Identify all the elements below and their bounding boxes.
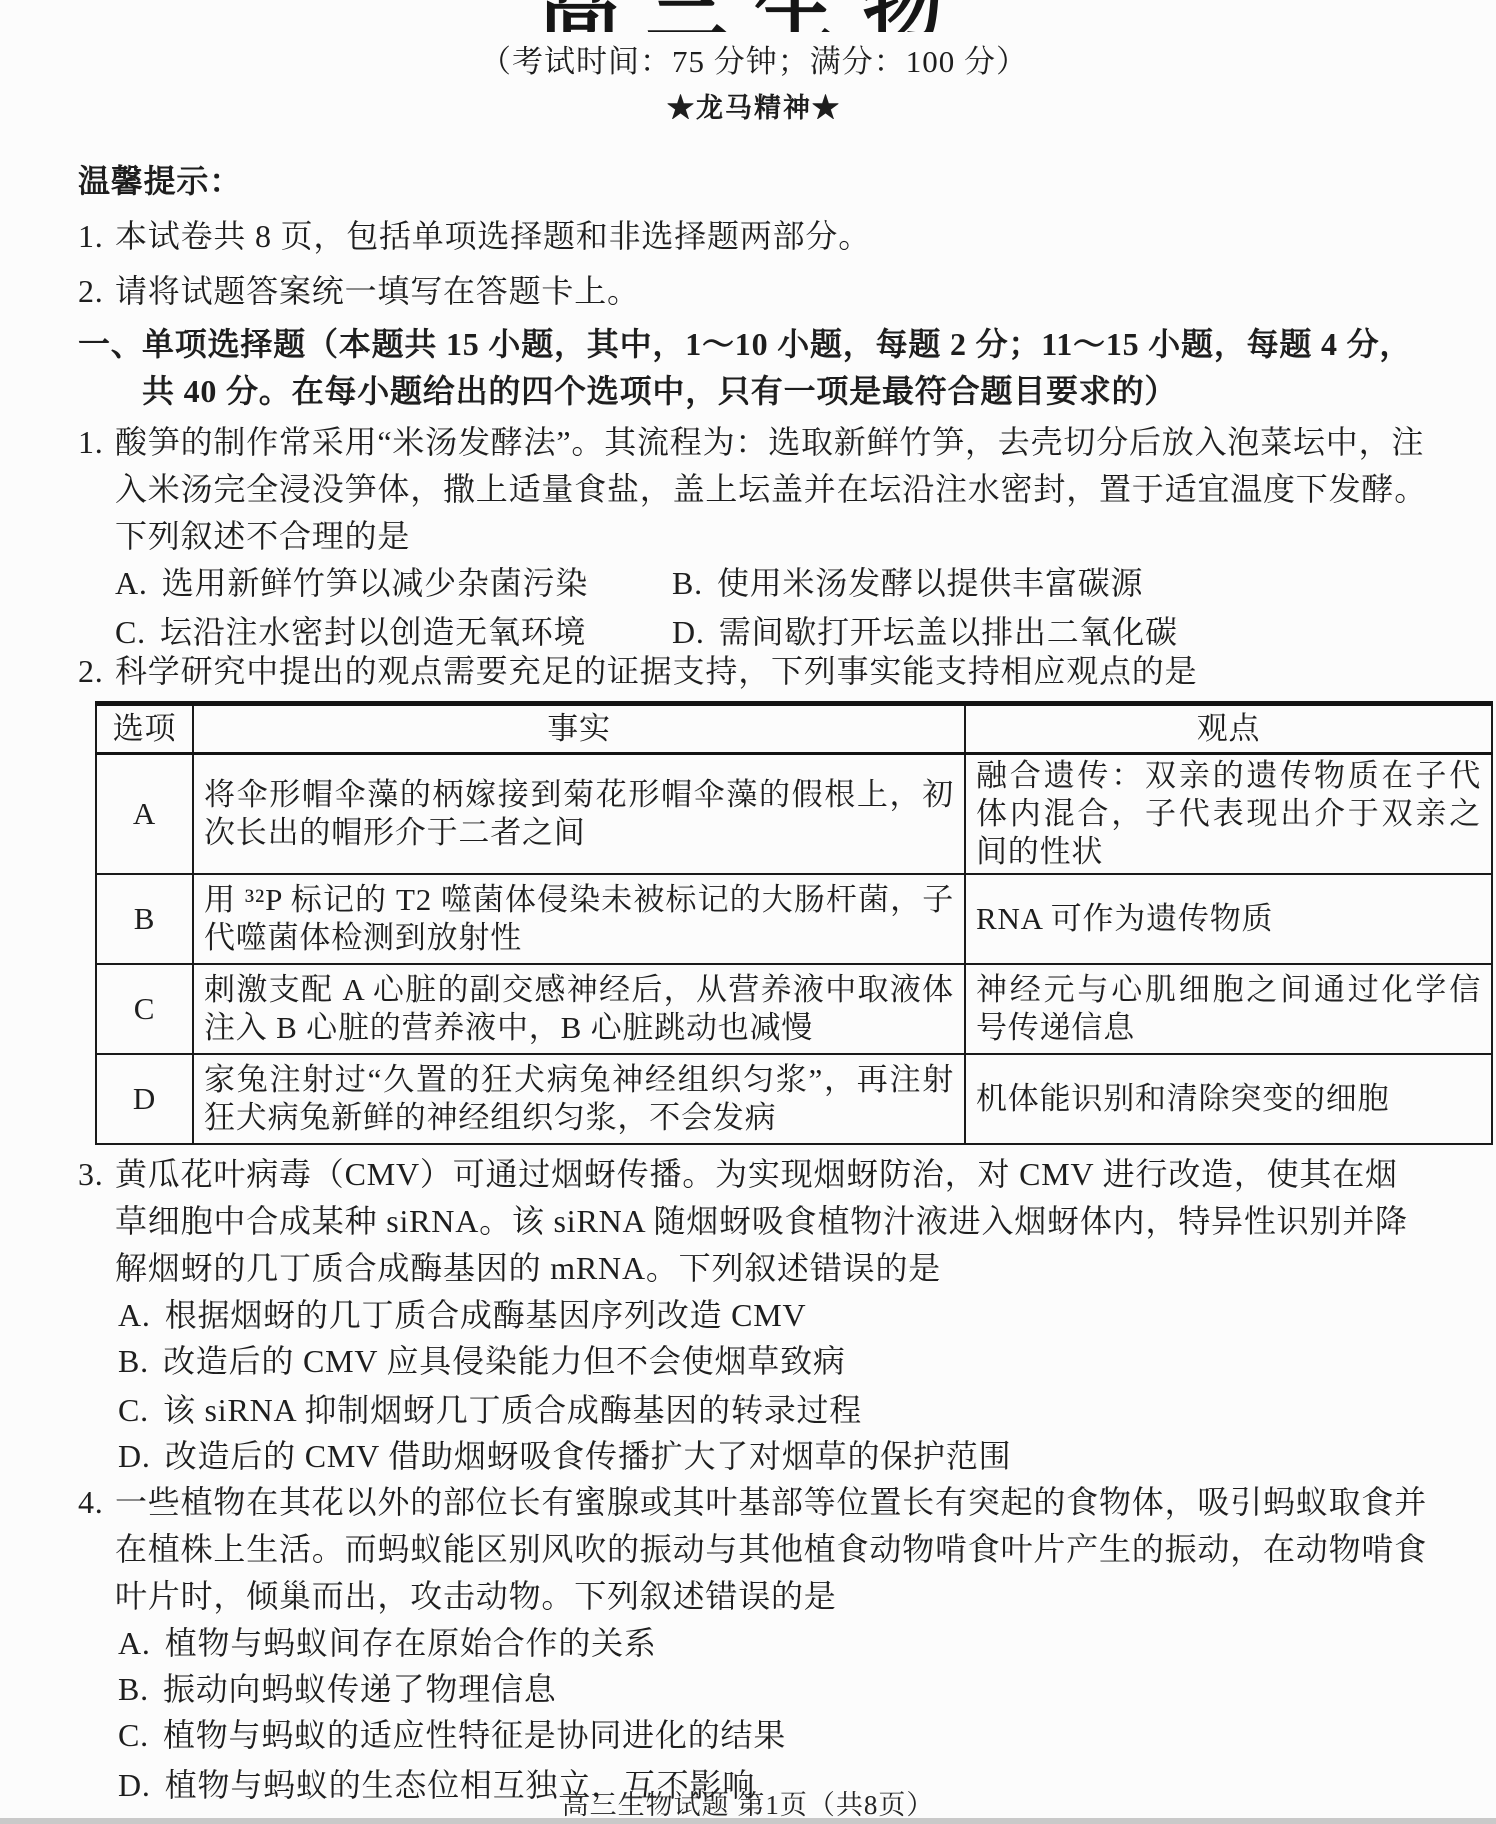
option-3A-text: 根据烟蚜的几丁质合成酶基因序列改造 CMV bbox=[165, 1297, 807, 1333]
exam-time-score-line: （考试时间：75 分钟；满分：100 分） bbox=[78, 42, 1430, 82]
table-header-option: 选项 bbox=[96, 704, 193, 754]
table-header-row: 选项 事实 观点 bbox=[96, 704, 1492, 754]
scan-edge-strip bbox=[0, 1818, 1496, 1824]
option-4A-text: 植物与蚂蚁间存在原始合作的关系 bbox=[165, 1625, 657, 1661]
question-4: 4. 一些植物在其花以外的部位长有蜜腺或其叶基部等位置长有突起的食物体，吸引蚂蚁… bbox=[78, 1479, 1430, 1620]
option-3D: D.改造后的 CMV 借助烟蚜吸食传播扩大了对烟草的保护范围 bbox=[118, 1433, 1430, 1479]
option-4B-text: 振动向蚂蚁传递了物理信息 bbox=[163, 1671, 557, 1707]
question-4-stem: 一些植物在其花以外的部位长有蜜腺或其叶基部等位置长有突起的食物体，吸引蚂蚁取食并… bbox=[115, 1484, 1427, 1614]
table-cell-view: RNA 可作为遗传物质 bbox=[965, 874, 1492, 964]
option-3D-text: 改造后的 CMV 借助烟蚜吸食传播扩大了对烟草的保护范围 bbox=[165, 1438, 1012, 1474]
option-1C-text: 坛沿注水密封以创造无氧环境 bbox=[160, 614, 586, 650]
notice-item-2: 2.请将试题答案统一填写在答题卡上。 bbox=[78, 268, 1430, 315]
table-cell-fact: 将伞形帽伞藻的柄嫁接到菊花形帽伞藻的假根上，初次长出的帽形介于二者之间 bbox=[193, 754, 965, 875]
option-4C-label: C. bbox=[118, 1712, 149, 1758]
notice-item-number: 1. bbox=[78, 213, 108, 260]
table-cell-view: 机体能识别和清除突变的细胞 bbox=[965, 1054, 1492, 1144]
option-1B-text: 使用米汤发酵以提供丰富碳源 bbox=[717, 565, 1143, 601]
option-1A-text: 选用新鲜竹笋以减少杂菌污染 bbox=[162, 565, 588, 601]
table-cell-fact: 用 ³²P 标记的 T2 噬菌体侵染未被标记的大肠杆菌，子代噬菌体检测到放射性 bbox=[193, 874, 965, 964]
option-3C-label: C. bbox=[118, 1387, 149, 1433]
option-3A-label: A. bbox=[118, 1292, 151, 1338]
section-one-heading: 一、 单项选择题（本题共 15 小题，其中，1～10 小题，每题 2 分；11～… bbox=[78, 321, 1430, 415]
table-cell-option: C bbox=[96, 964, 193, 1054]
option-4A: A.植物与蚂蚁间存在原始合作的关系 bbox=[118, 1620, 1430, 1666]
notice-item-text: 请将试题答案统一填写在答题卡上。 bbox=[115, 273, 640, 309]
question-3-options: A.根据烟蚜的几丁质合成酶基因序列改造 CMV B.改造后的 CMV 应具侵染能… bbox=[78, 1292, 1430, 1479]
table-row-C: C 刺激支配 A 心脏的副交感神经后，从营养液中取液体注入 B 心脏的营养液中，… bbox=[96, 964, 1492, 1054]
option-1B-label: B. bbox=[672, 560, 703, 607]
question-1: 1. 酸笋的制作常采用“米汤发酵法”。其流程为：选取新鲜竹笋，去壳切分后放入泡菜… bbox=[78, 419, 1430, 560]
question-1-stem: 酸笋的制作常采用“米汤发酵法”。其流程为：选取新鲜竹笋，去壳切分后放入泡菜坛中，… bbox=[115, 424, 1427, 554]
notice-heading: 温馨提示： bbox=[78, 158, 1430, 205]
question-2-stem: 科学研究中提出的观点需要充足的证据支持，下列事实能支持相应观点的是 bbox=[115, 653, 1197, 689]
table-cell-option: B bbox=[96, 874, 193, 964]
table-header-view: 观点 bbox=[965, 704, 1492, 754]
option-3B-text: 改造后的 CMV 应具侵染能力但不会使烟草致病 bbox=[163, 1343, 846, 1379]
question-3-stem: 黄瓜花叶病毒（CMV）可通过烟蚜传播。为实现烟蚜防治，对 CMV 进行改造，使其… bbox=[115, 1156, 1408, 1286]
question-4-number: 4. bbox=[78, 1479, 115, 1526]
option-3B: B.改造后的 CMV 应具侵染能力但不会使烟草致病 bbox=[118, 1338, 1430, 1384]
option-4C: C.植物与蚂蚁的适应性特征是协同进化的结果 bbox=[118, 1712, 1430, 1758]
page-content: 高三生物 （考试时间：75 分钟；满分：100 分） ★龙马精神★ 温馨提示： … bbox=[0, 0, 1496, 1808]
notice-item-text: 本试卷共 8 页，包括单项选择题和非选择题两部分。 bbox=[115, 218, 871, 254]
question-2-number: 2. bbox=[78, 648, 115, 695]
option-4B: B.振动向蚂蚁传递了物理信息 bbox=[118, 1666, 1430, 1712]
section-one-text: 单项选择题（本题共 15 小题，其中，1～10 小题，每题 2 分；11～15 … bbox=[142, 326, 1412, 409]
option-3B-label: B. bbox=[118, 1338, 149, 1384]
question-2-table: 选项 事实 观点 A 将伞形帽伞藻的柄嫁接到菊花形帽伞藻的假根上，初次长出的帽形… bbox=[95, 701, 1493, 1145]
option-4A-label: A. bbox=[118, 1620, 151, 1666]
table-cell-option: D bbox=[96, 1054, 193, 1144]
table-row-A: A 将伞形帽伞藻的柄嫁接到菊花形帽伞藻的假根上，初次长出的帽形介于二者之间 融合… bbox=[96, 754, 1492, 875]
page-title: 高三生物 bbox=[538, 0, 970, 32]
question-2: 2. 科学研究中提出的观点需要充足的证据支持，下列事实能支持相应观点的是 bbox=[78, 648, 1430, 695]
table-cell-view: 融合遗传：双亲的遗传物质在子代体内混合，子代表现出介于双亲之间的性状 bbox=[965, 754, 1492, 875]
table-cell-fact: 刺激支配 A 心脏的副交感神经后，从营养液中取液体注入 B 心脏的营养液中，B … bbox=[193, 964, 965, 1054]
question-3: 3. 黄瓜花叶病毒（CMV）可通过烟蚜传播。为实现烟蚜防治，对 CMV 进行改造… bbox=[78, 1151, 1430, 1292]
option-3C: C.该 siRNA 抑制烟蚜几丁质合成酶基因的转录过程 bbox=[118, 1387, 1430, 1433]
table-cell-fact: 家兔注射过“久置的狂犬病兔神经组织匀浆”，再注射狂犬病兔新鲜的神经组织匀浆，不会… bbox=[193, 1054, 965, 1144]
option-1D-text: 需间歇打开坛盖以排出二氧化碳 bbox=[719, 614, 1178, 650]
option-1A: A.选用新鲜竹笋以减少杂菌污染 bbox=[115, 560, 672, 607]
exam-motto: ★龙马精神★ bbox=[78, 88, 1430, 128]
option-3A: A.根据烟蚜的几丁质合成酶基因序列改造 CMV bbox=[118, 1292, 1430, 1338]
option-4B-label: B. bbox=[118, 1666, 149, 1712]
question-1-number: 1. bbox=[78, 419, 115, 466]
table-row-B: B 用 ³²P 标记的 T2 噬菌体侵染未被标记的大肠杆菌，子代噬菌体检测到放射… bbox=[96, 874, 1492, 964]
notice-item-number: 2. bbox=[78, 268, 108, 315]
notice-item-1: 1.本试卷共 8 页，包括单项选择题和非选择题两部分。 bbox=[78, 213, 1430, 260]
option-1A-label: A. bbox=[115, 560, 148, 607]
option-4C-text: 植物与蚂蚁的适应性特征是协同进化的结果 bbox=[163, 1717, 786, 1753]
option-3C-text: 该 siRNA 抑制烟蚜几丁质合成酶基因的转录过程 bbox=[163, 1392, 862, 1428]
exam-page: 高三生物 （考试时间：75 分钟；满分：100 分） ★龙马精神★ 温馨提示： … bbox=[0, 0, 1496, 1824]
question-3-number: 3. bbox=[78, 1151, 115, 1198]
question-4-options: A.植物与蚂蚁间存在原始合作的关系 B.振动向蚂蚁传递了物理信息 C.植物与蚂蚁… bbox=[78, 1620, 1430, 1808]
table-cell-option: A bbox=[96, 754, 193, 875]
option-3D-label: D. bbox=[118, 1433, 151, 1479]
table-cell-view: 神经元与心肌细胞之间通过化学信号传递信息 bbox=[965, 964, 1492, 1054]
page-title-clipped: 高三生物 bbox=[78, 0, 1430, 32]
question-1-options: A.选用新鲜竹笋以减少杂菌污染 B.使用米汤发酵以提供丰富碳源 C.坛沿注水密封… bbox=[115, 560, 1430, 656]
section-one-label: 一、 bbox=[78, 321, 144, 368]
option-1B: B.使用米汤发酵以提供丰富碳源 bbox=[672, 560, 1430, 607]
table-header-fact: 事实 bbox=[193, 704, 965, 754]
table-row-D: D 家兔注射过“久置的狂犬病兔神经组织匀浆”，再注射狂犬病兔新鲜的神经组织匀浆，… bbox=[96, 1054, 1492, 1144]
